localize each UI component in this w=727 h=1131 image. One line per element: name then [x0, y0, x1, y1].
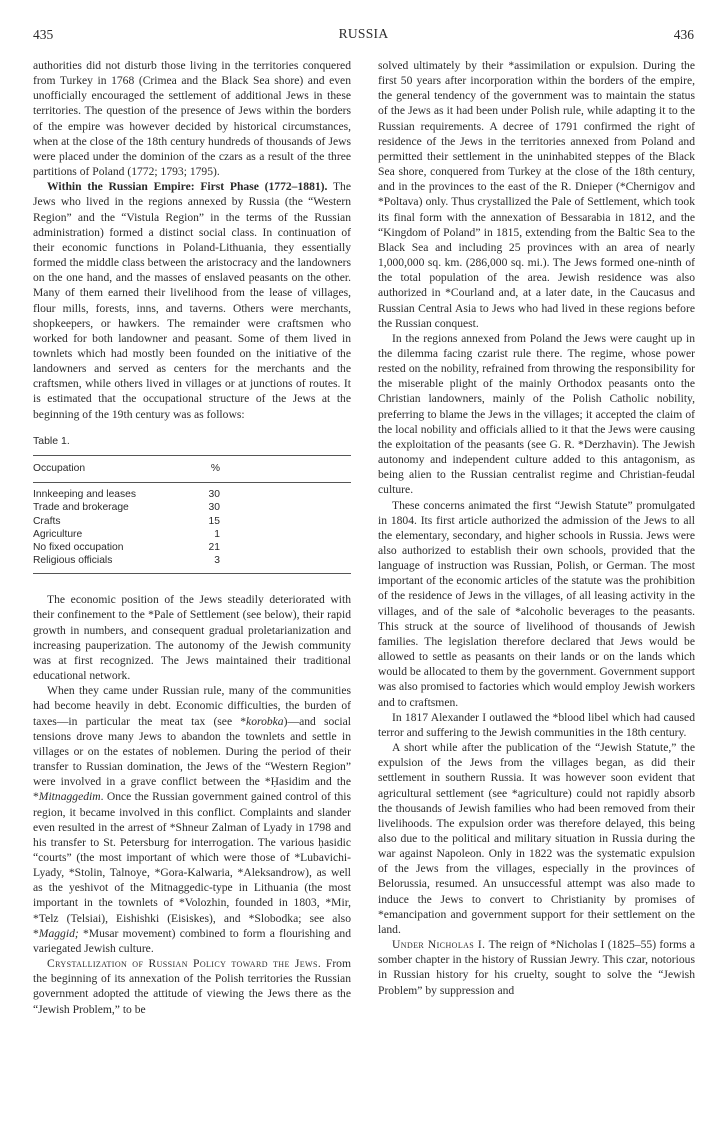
- table-row: Agriculture 1: [33, 528, 351, 541]
- paragraph: When they came under Russian rule, many …: [33, 683, 351, 956]
- paragraph: A short while after the publication of t…: [378, 740, 695, 937]
- section-heading: Under Nicholas I.: [392, 938, 485, 951]
- section-heading: Crystallization of Russian Policy toward…: [47, 957, 321, 970]
- table-row: No fixed occupation 21: [33, 541, 351, 554]
- left-column: authorities did not disturb those living…: [33, 58, 351, 1017]
- table-caption: Table 1.: [33, 434, 351, 449]
- page-header: 435 RUSSIA 436: [0, 22, 727, 42]
- paragraph: solved ultimately by their *assimilation…: [378, 58, 695, 331]
- right-column: solved ultimately by their *assimilation…: [378, 58, 695, 998]
- paragraph: authorities did not disturb those living…: [33, 58, 351, 179]
- table-row: Crafts 15: [33, 515, 351, 528]
- column-header-occupation: Occupation: [33, 455, 198, 482]
- paragraph: In the regions annexed from Poland the J…: [378, 331, 695, 498]
- table-row: Trade and brokerage 30: [33, 501, 351, 514]
- occupation-table: Occupation % Innkeeping and leases 30 Tr…: [33, 455, 351, 574]
- paragraph: Crystallization of Russian Policy toward…: [33, 956, 351, 1017]
- page-number-right: 436: [674, 27, 694, 43]
- section-heading: Within the Russian Empire: First Phase (…: [47, 180, 327, 193]
- table-row: Religious officials 3: [33, 554, 351, 574]
- paragraph: These concerns animated the first “Jewis…: [378, 498, 695, 710]
- table-row: Innkeeping and leases 30: [33, 483, 351, 502]
- paragraph: Under Nicholas I. The reign of *Nicholas…: [378, 937, 695, 998]
- paragraph: The economic position of the Jews steadi…: [33, 592, 351, 683]
- paragraph: In 1817 Alexander I outlawed the *blood …: [378, 710, 695, 740]
- paragraph: Within the Russian Empire: First Phase (…: [33, 179, 351, 422]
- running-title: RUSSIA: [0, 26, 727, 42]
- column-header-percent: %: [198, 455, 220, 482]
